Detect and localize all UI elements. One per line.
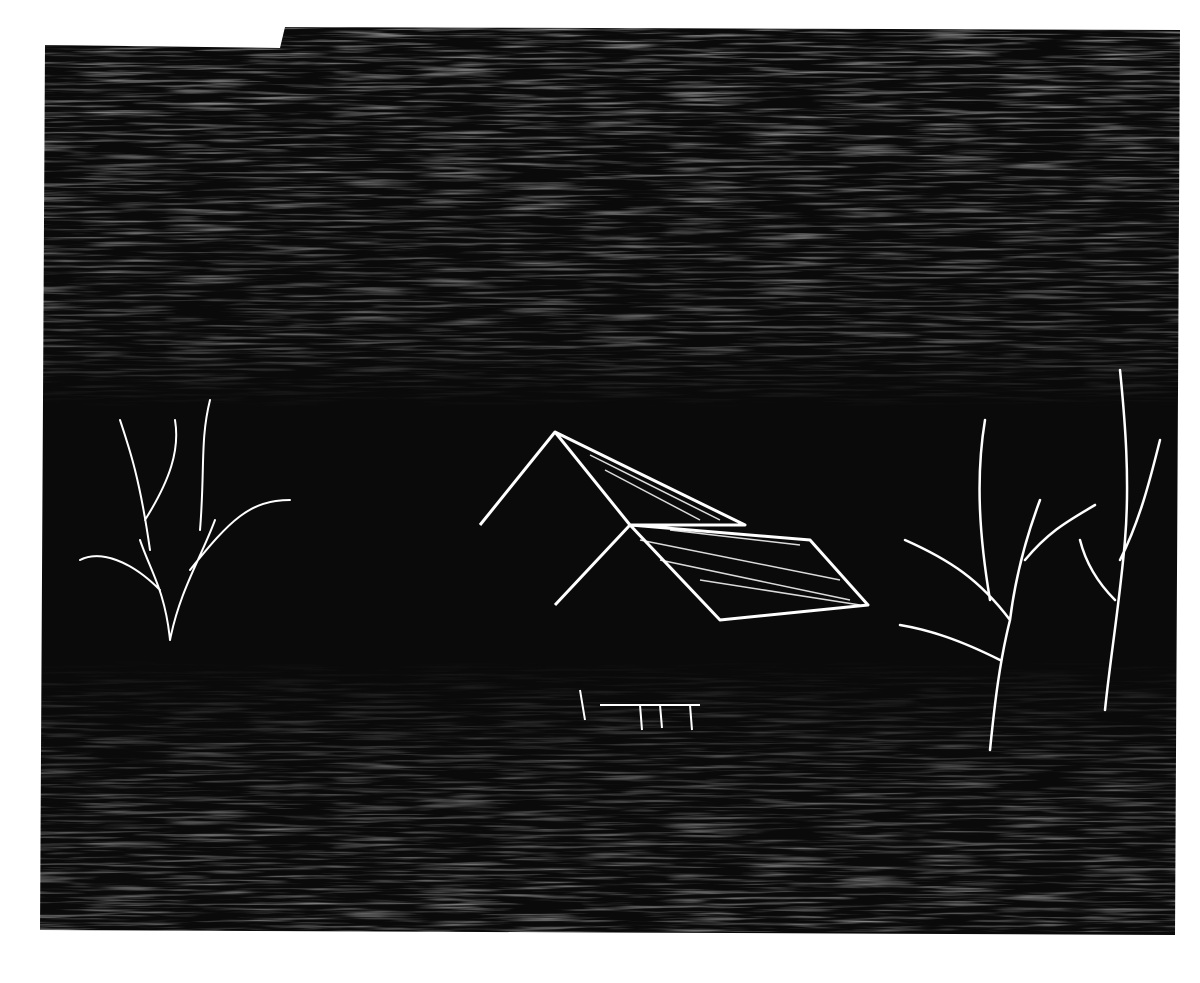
wood-grain — [40, 27, 1180, 932]
woodcut-print — [0, 0, 1200, 983]
